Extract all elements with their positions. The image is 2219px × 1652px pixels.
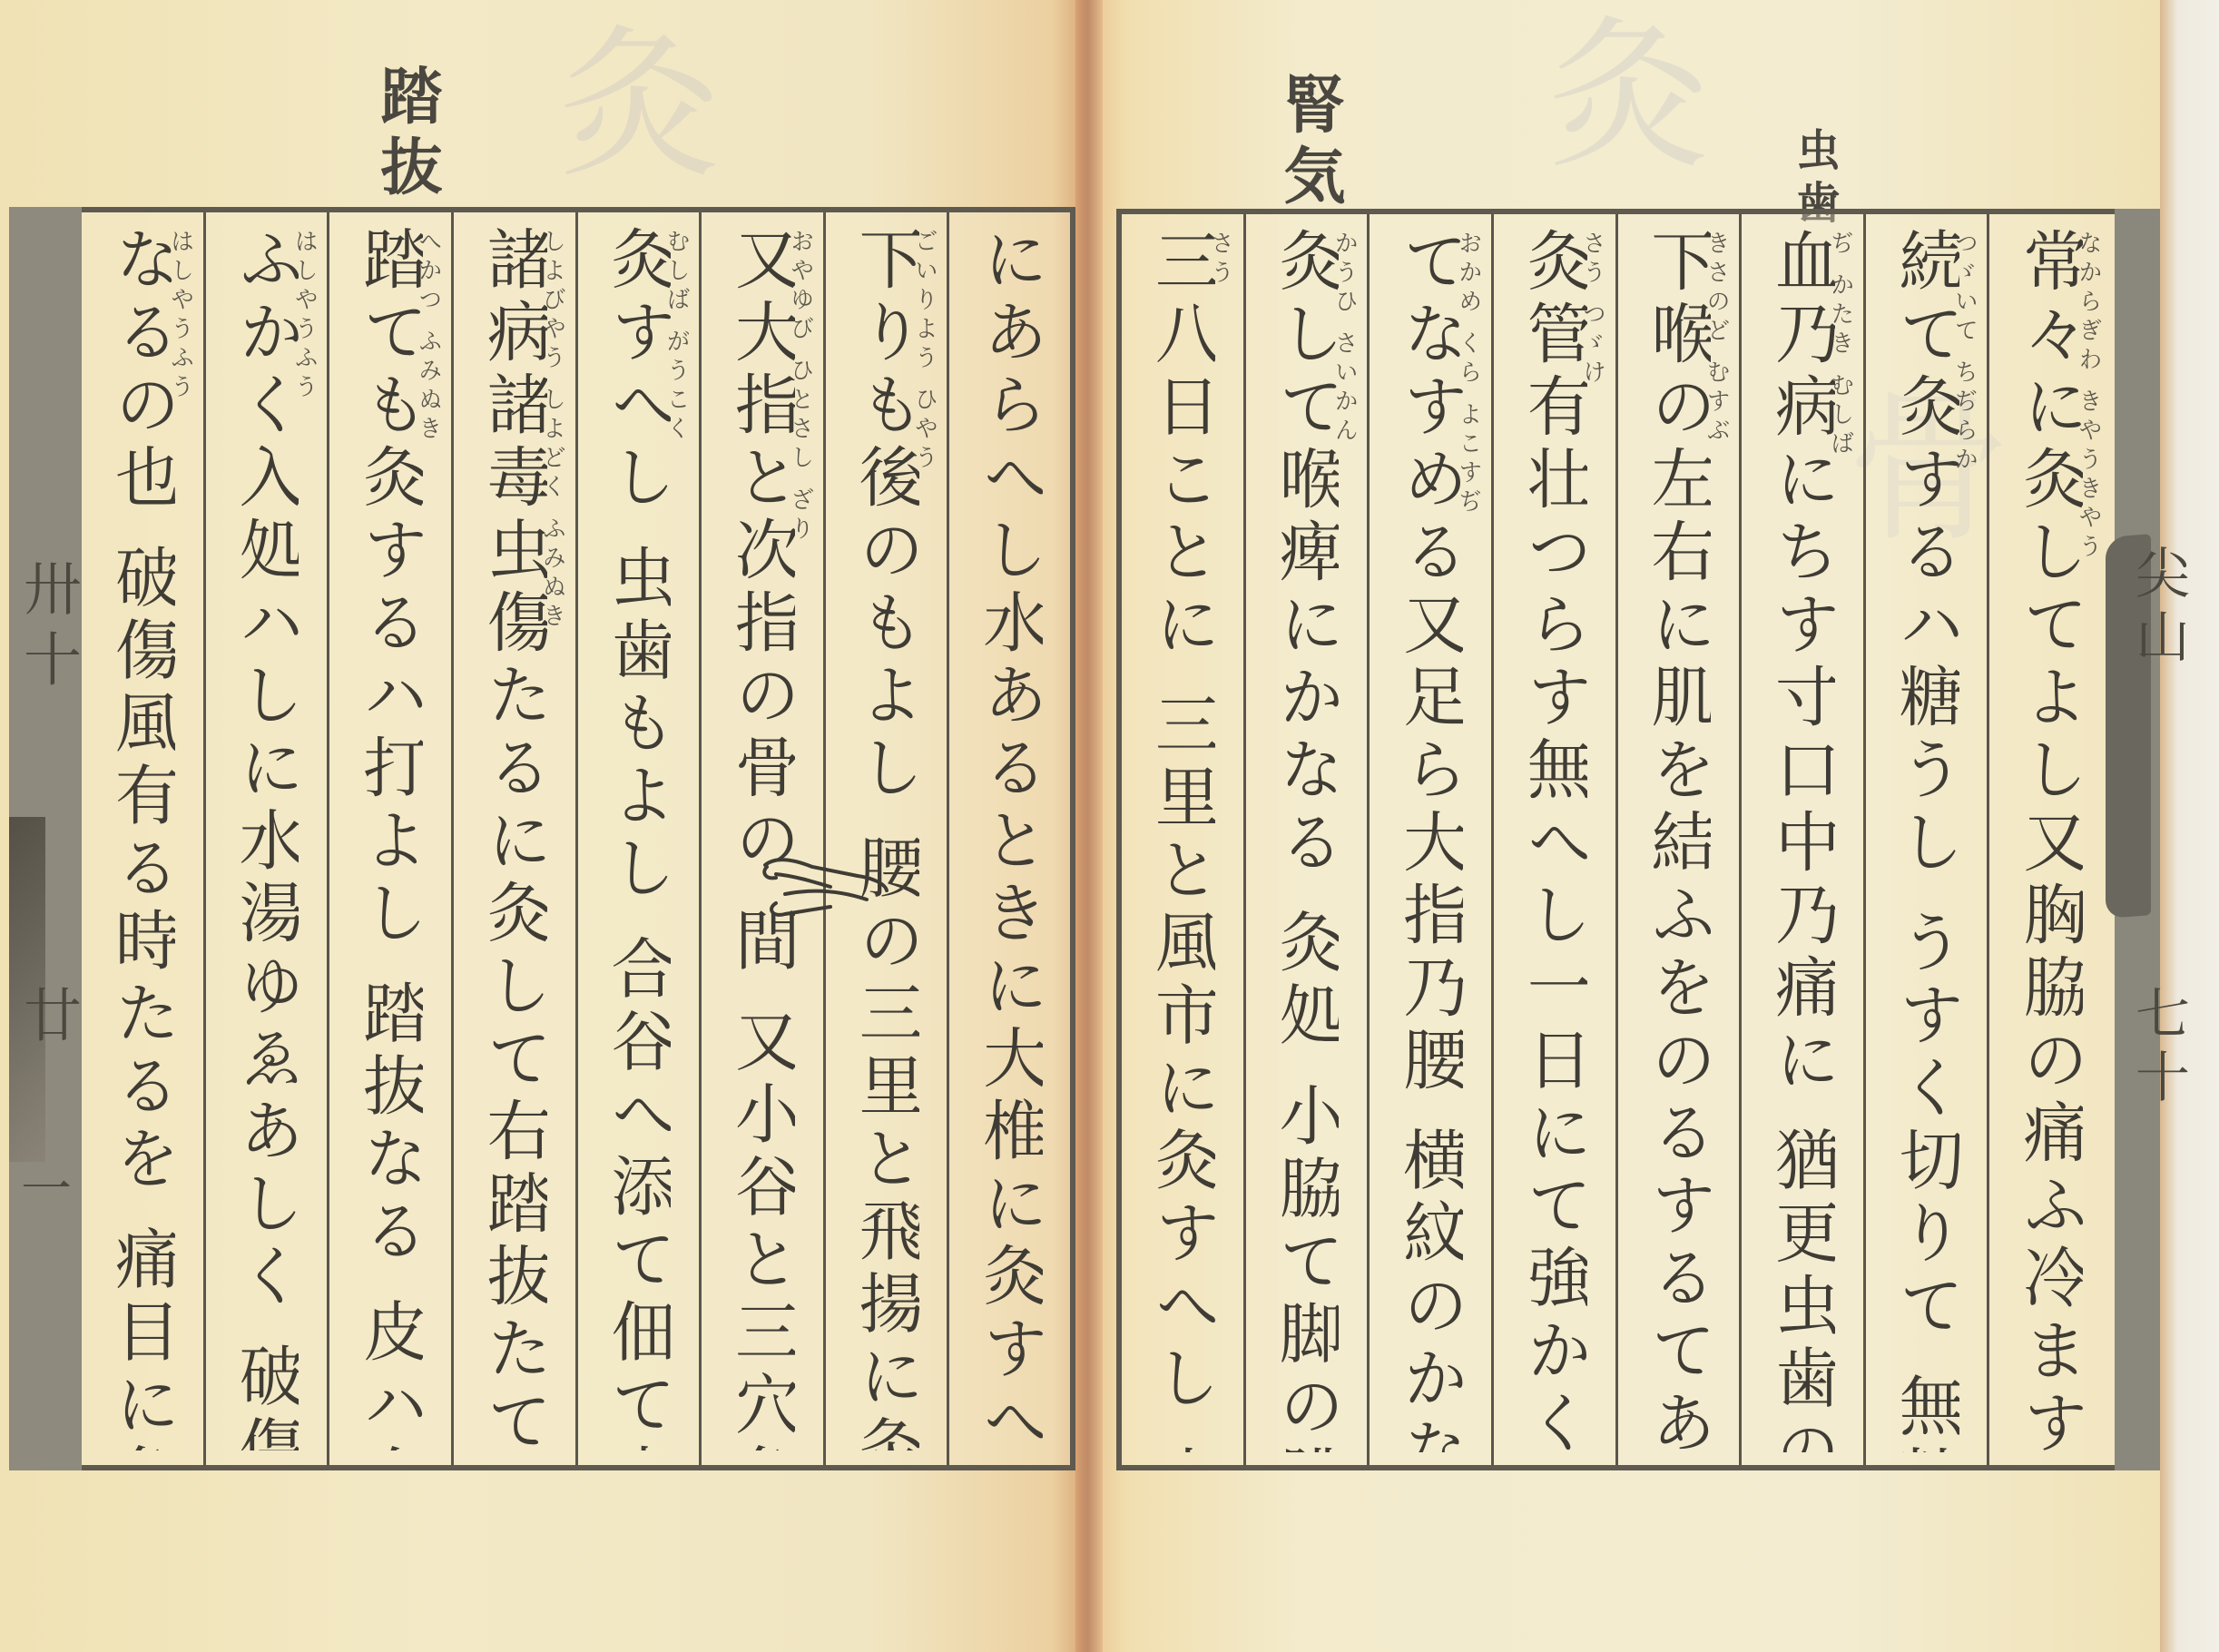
column-ruby: はしやうふう xyxy=(164,229,198,1445)
text-column: 下喉の左右に肌を結ふをのるするてあろ 京 きさのど むすぶ xyxy=(1615,214,1740,1465)
column-ruby: きさのど むすぶ xyxy=(1700,231,1733,1447)
right-page-header-1: 腎気 xyxy=(1266,73,1354,214)
text-column: てなすめる又足ら大指乃腰 横紋のかなる 所 おかめ くら よこすぢ xyxy=(1367,214,1491,1465)
text-column: 下りも後のもよし 腰の三里と飛揚に灸すへし ごいりよう ひやう xyxy=(823,212,947,1465)
text-column: 血乃病にちす寸口中乃痛に 猶更虫歯の類に 灸 ぢ かたき むしば xyxy=(1739,214,1863,1465)
book-spread: 灸 灸 骨 踏抜 腎気 虫歯 卅十 廿 一 にあらへし水あるときに大椎に灸すへし… xyxy=(0,0,2219,1652)
left-margin-label: 卅十 xyxy=(5,558,89,700)
page-edge xyxy=(2160,0,2219,1652)
text-column: ふかく入処ハしに水湯ゆゑあしく 破傷風に はしやうふう xyxy=(203,212,328,1465)
right-margin-label: 尖山 xyxy=(2119,545,2197,672)
right-page-columns: 常々に灸してよし又胸脇の痛ふ冷まする時 詠あへと なからぎわ きやうきやう 続て… xyxy=(1122,214,2111,1465)
text-column: 三八日ことに 三里と風市に灸すへし 十壮のミ十壮 さう xyxy=(1122,214,1243,1465)
left-margin-label: 廿 xyxy=(5,985,89,1056)
column-ruby: ぢ かたき むしば xyxy=(1824,231,1858,1447)
left-page-header: 踏抜 xyxy=(363,64,451,205)
column-ruby: かうひ さいかん xyxy=(1328,231,1361,1447)
text-column: なるの也 破傷風有る時たるを 痛目に灸すへし はしやうふう xyxy=(82,212,203,1465)
text-column: 続て灸するハ糖うし うすく切りて 無粘につきて血 つゞいて ちぢらか xyxy=(1863,214,1988,1465)
text-column: 灸すへし 虫歯もよし 合谷へ添て佃て虫歯を 治す但やくすると むしば がうこく xyxy=(575,212,700,1465)
text-column: 又大指と次指の骨の 間 又小谷と三穴灸ありと おやゆび ひとさし ざり xyxy=(699,212,823,1465)
text-column: 諸病諸毒虫傷たるに灸して右踏抜たて薬等を しよびやう しよどく ふみぬき xyxy=(451,212,575,1465)
column-ruby: しよびやう しよどく ふみぬき xyxy=(536,229,570,1445)
column-ruby: なからぎわ きやうきやう xyxy=(2072,231,2106,1447)
text-column: 灸して喉痺にかなる 灸処 小脇て脚の腓たる かうひ さいかん xyxy=(1243,214,1368,1465)
column-ruby: おやゆび ひとさし ざり xyxy=(784,229,818,1445)
right-margin-label: 七十 xyxy=(2119,985,2197,1112)
text-column: 灸管有壮つらす無へし一日にて強かくハ 明之白を 續 さう つゞけ xyxy=(1491,214,1615,1465)
column-ruby: さう xyxy=(1204,231,1238,1447)
column-ruby: おかめ くら よこすぢ xyxy=(1452,231,1486,1447)
column-ruby: つゞいて ちぢらか xyxy=(1948,231,1981,1447)
column-ruby: へかつ ふみぬき xyxy=(412,229,446,1445)
text-column: 踏ても灸するハ打よし 踏抜なる 皮ハ血の出る 所 へかつ ふみぬき xyxy=(327,212,451,1465)
text-column: 常々に灸してよし又胸脇の痛ふ冷まする時 詠あへと なからぎわ きやうきやう xyxy=(1987,214,2111,1465)
column-ruby: ごいりよう ひやう xyxy=(908,229,941,1445)
column-ruby: はしやうふう xyxy=(288,229,321,1445)
column-ruby: さう つゞけ xyxy=(1576,231,1610,1447)
column-ruby: むしば がうこく xyxy=(660,229,693,1445)
column-text: にあらへし水あるときに大椎に灸すへし痃癖 xyxy=(977,225,1043,1450)
text-column: にあらへし水あるときに大椎に灸すへし痃癖 xyxy=(947,212,1071,1465)
book-gutter xyxy=(1075,0,1103,1652)
pointing-hand-icon xyxy=(758,849,894,930)
left-margin-label: 一 xyxy=(5,1162,78,1225)
left-page-columns: にあらへし水あるときに大椎に灸すへし痃癖 下りも後のもよし 腰の三里と飛揚に灸す… xyxy=(82,212,1071,1465)
